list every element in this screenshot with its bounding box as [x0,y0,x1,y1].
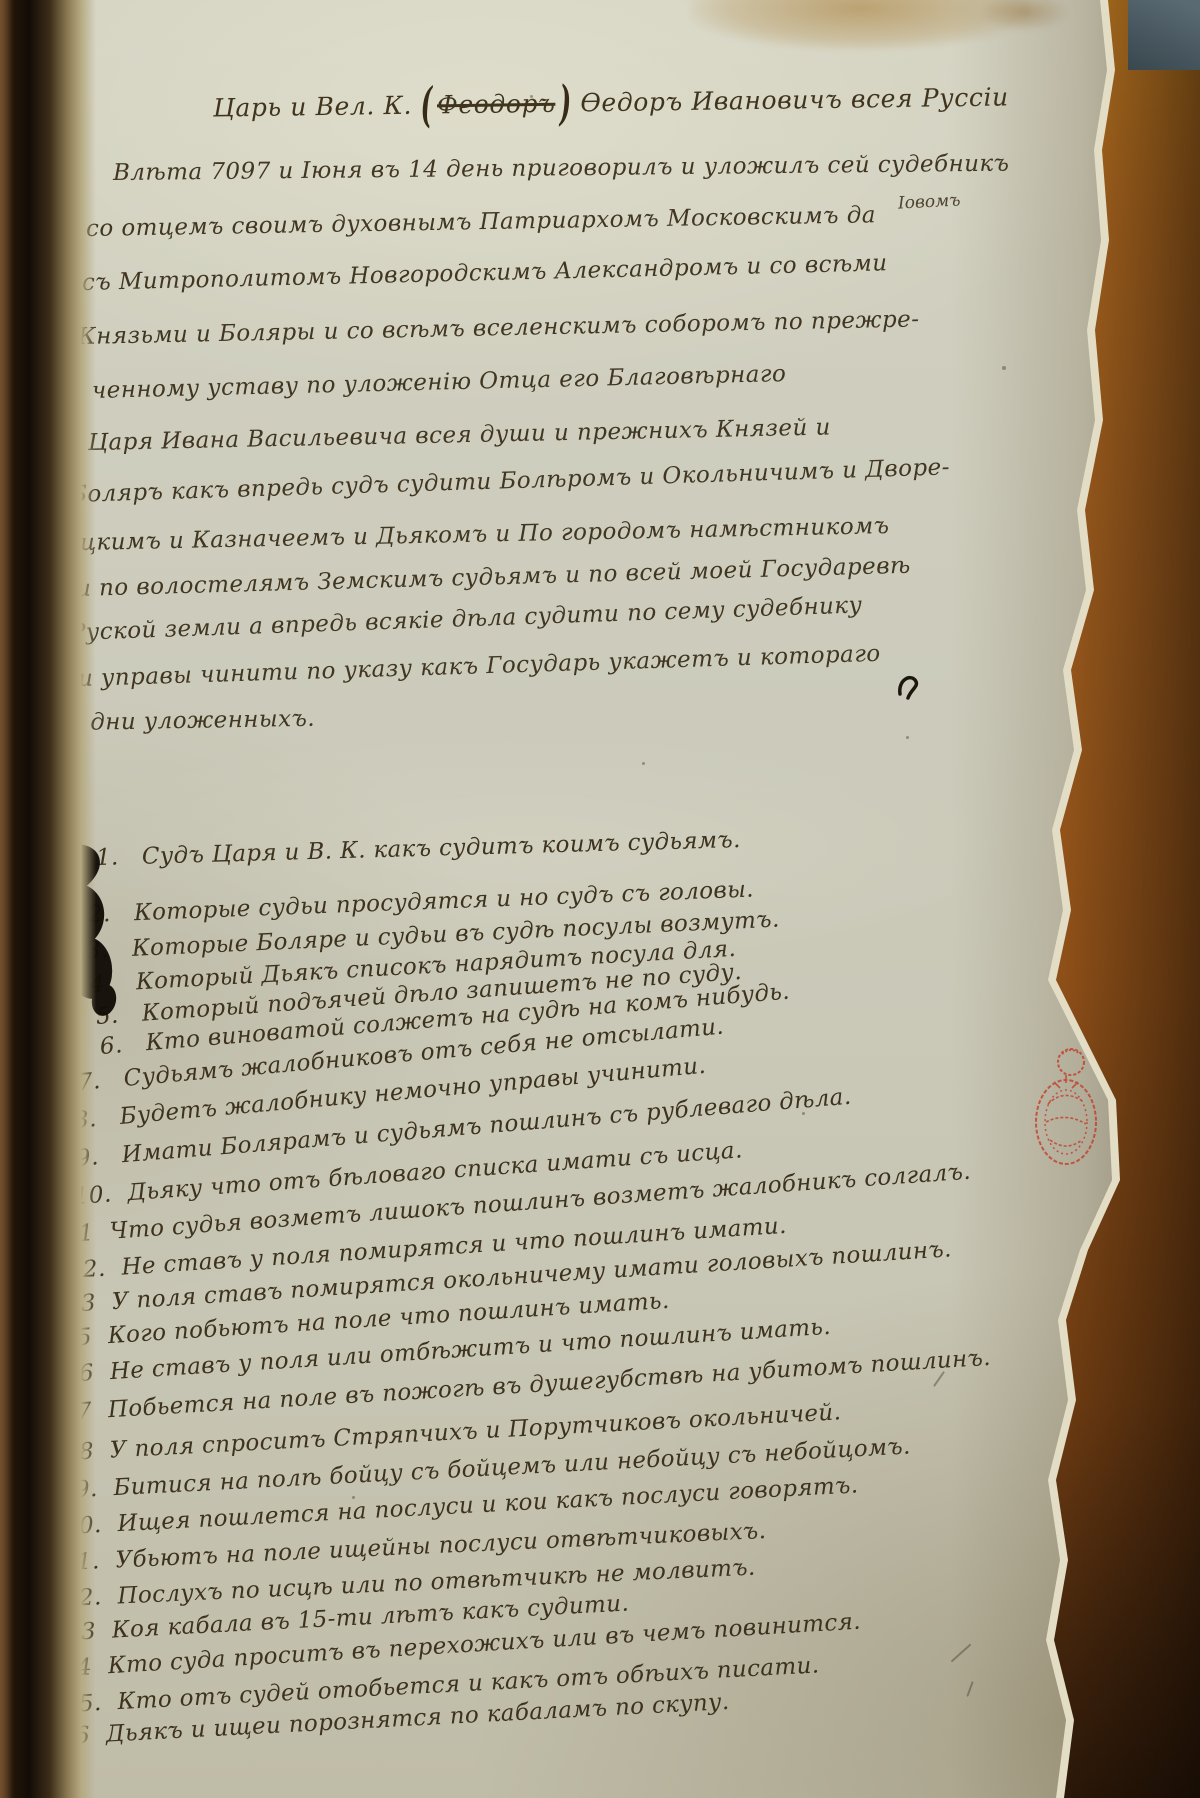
strike-bracket-close: ) [559,75,572,130]
binding-highlight [0,0,14,1798]
ink-speck [530,95,533,98]
preamble-line: б дни уложенныхъ. [68,706,316,736]
marginal-note: Іовомъ [898,190,961,213]
preamble-line: Руской земли а впредь всякіе дѣла судити… [70,592,863,646]
article-number: 6. [99,1032,131,1060]
preamble-line: Царя Ивана Васильевича всея души и прежн… [88,414,831,456]
table-surface-corner [1128,0,1200,70]
title-prefix: Царь и Вел. К. [213,91,412,123]
ink-speck [642,762,645,765]
ink-speck [906,736,909,739]
manuscript-scan: Царь и Вел. К. (Феодоръ) Ѳедоръ Иванович… [0,0,1200,1798]
ink-hook-mark [896,672,922,702]
paper-sheet: Царь и Вел. К. (Феодоръ) Ѳедоръ Иванович… [0,0,1200,1798]
preamble-line: и управы чинити по указу какъ Государь у… [78,641,881,692]
preamble-line: цкимъ и Казначеемъ и Дьякомъ и По городо… [80,513,890,556]
ink-speck [1002,366,1006,370]
preamble-line: со отцемъ своимъ духовнымъ Патриархомъ М… [86,202,876,242]
preamble-line: Боляръ какъ впредь судъ судити Болѣромъ … [70,454,951,508]
ink-speck [352,1496,355,1499]
ink-speck [802,1112,805,1115]
preamble-line: съ Митрополитомъ Новгородскимъ Александр… [82,250,888,296]
preamble-line: Князьми и Боляры и со всѣмъ вселенскимъ … [78,306,920,350]
preamble-line: Влѣта 7097 и Іюня въ 14 день приговорилъ… [113,151,1010,186]
book-binding [0,0,96,1798]
preamble-line: ченному уставу по уложенію Отца его Благ… [92,361,787,404]
title-rest: Ѳедоръ Ивановичъ всея Руссіи [580,82,1009,117]
strike-bracket-open: ( [420,77,433,132]
struck-name: Феодоръ [437,89,556,120]
page-title: Царь и Вел. К. (Феодоръ) Ѳедоръ Иванович… [213,82,1009,122]
